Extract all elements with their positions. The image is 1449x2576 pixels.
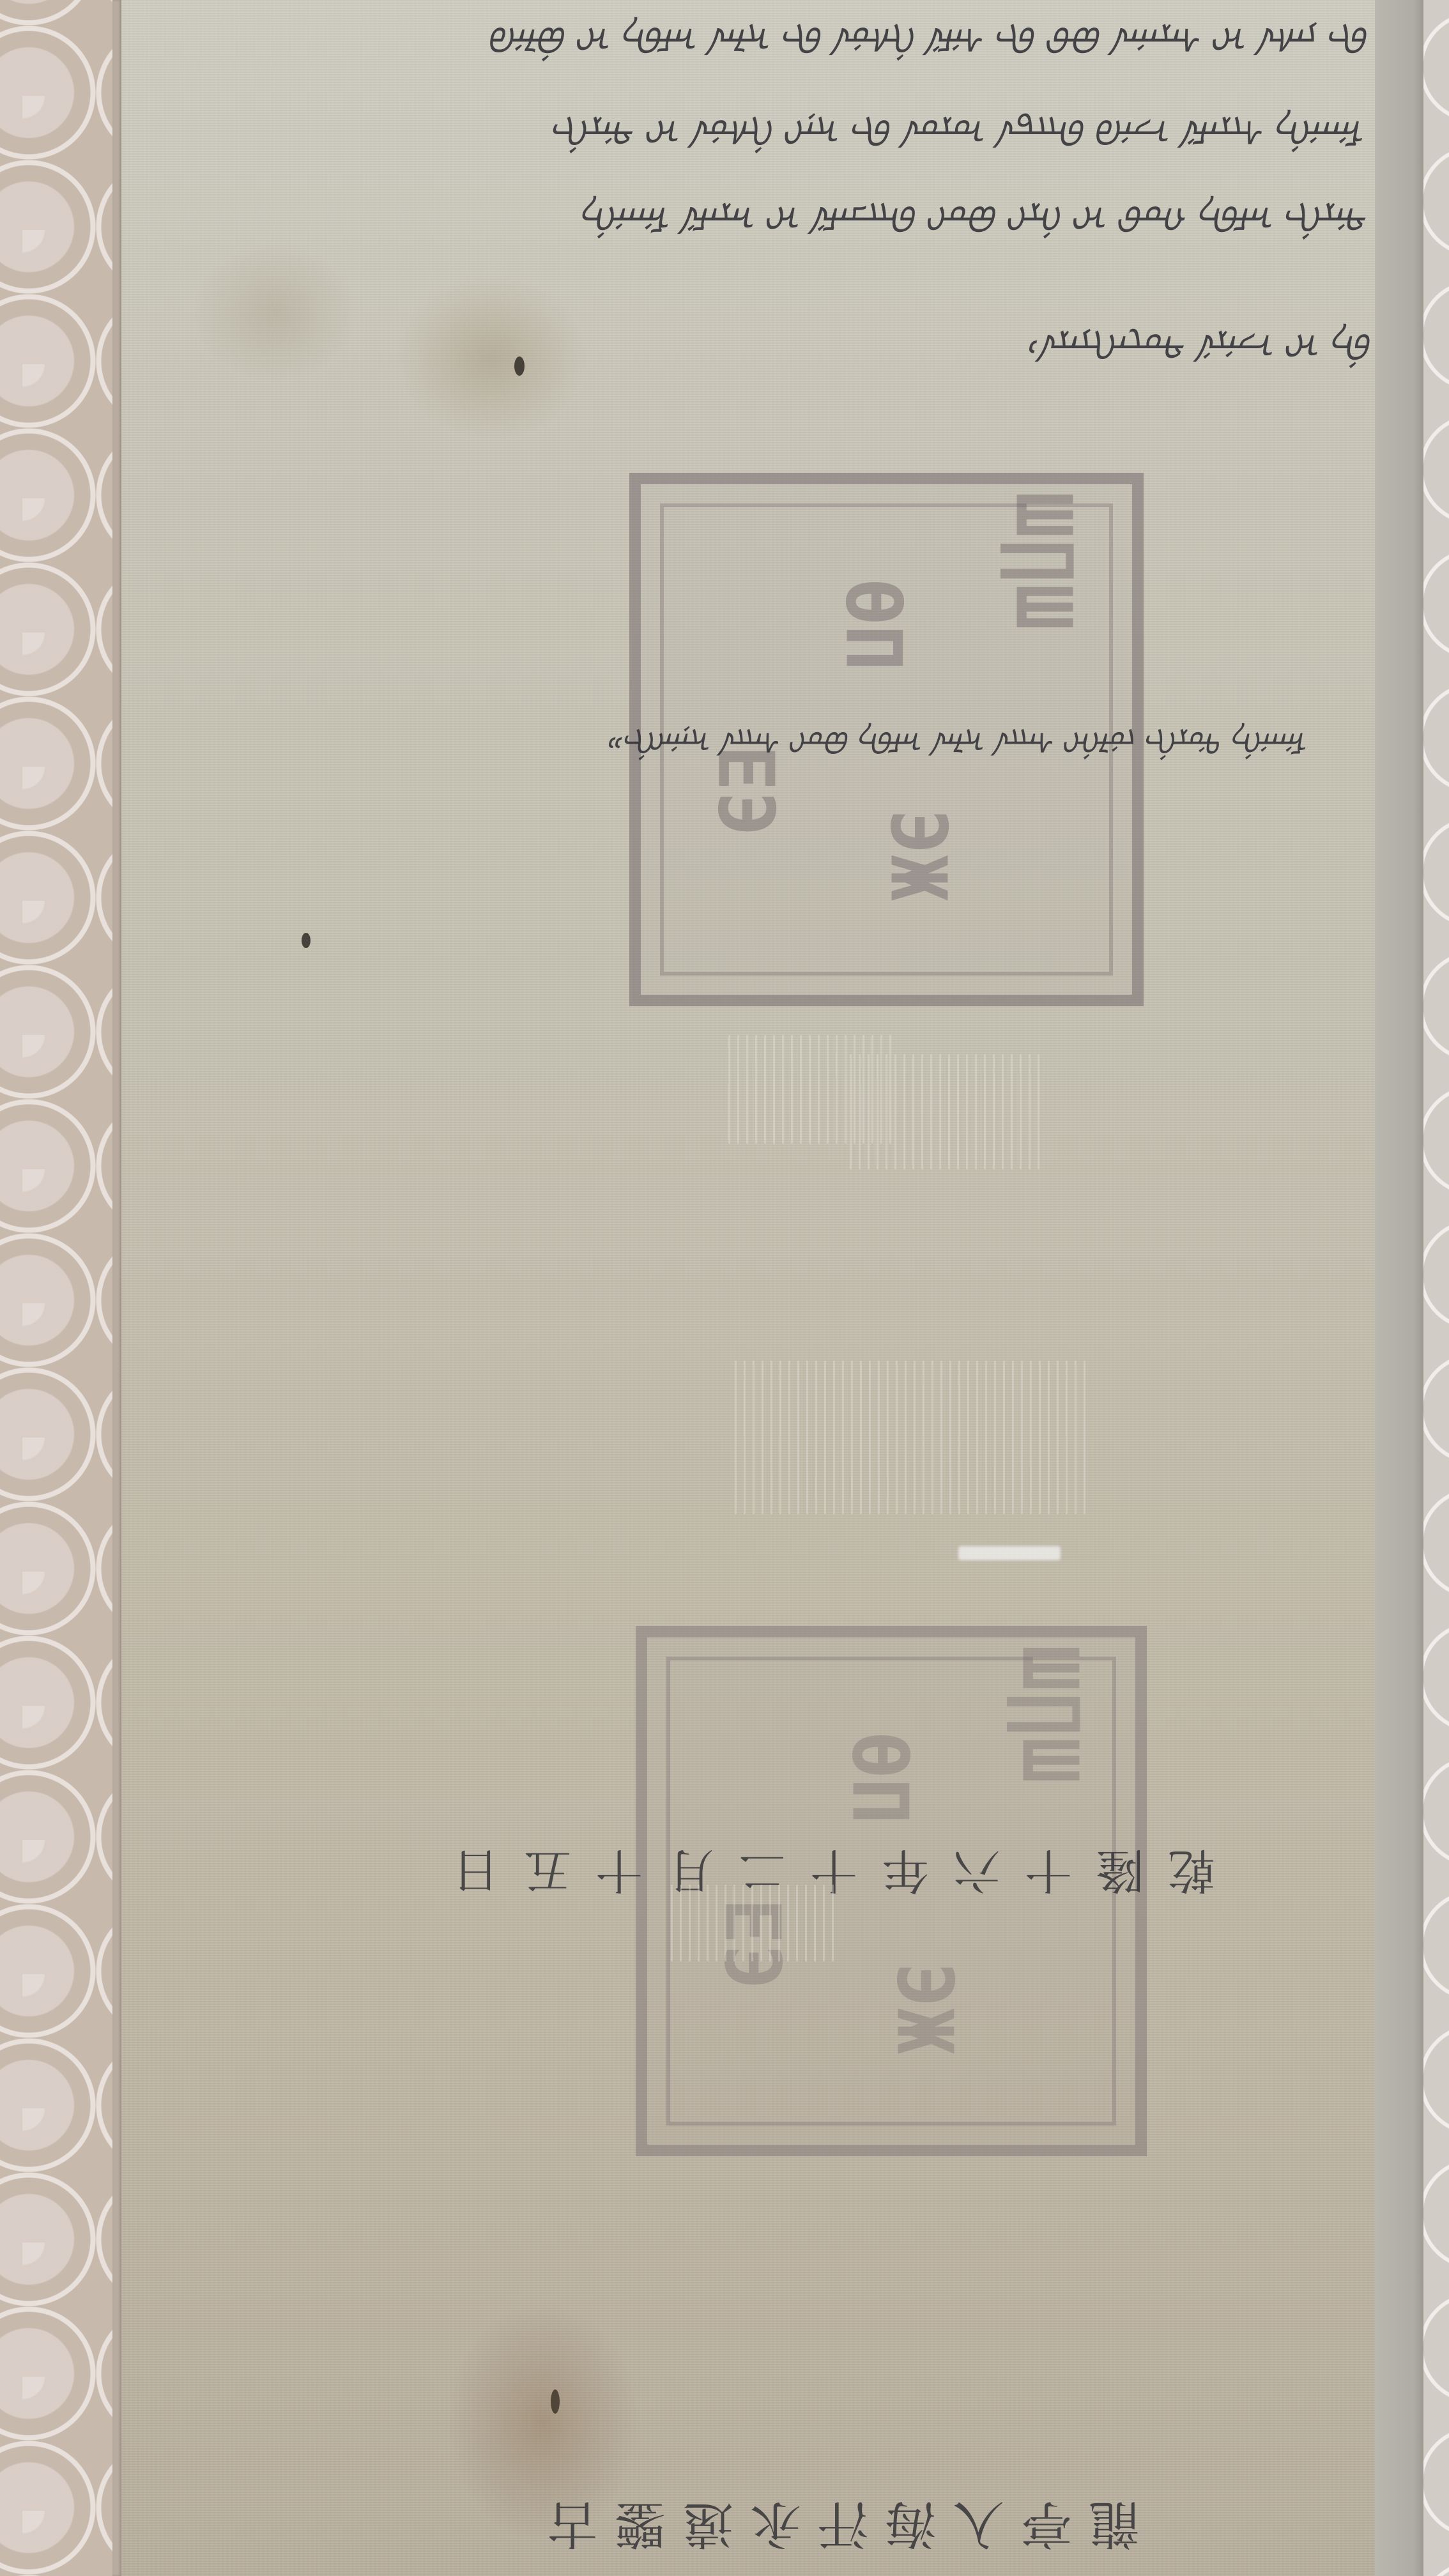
fabric-wear-2 (850, 1054, 1041, 1169)
lower-seal-glyph-4: ЭЖ (885, 1962, 962, 2055)
right-mount-strip (1375, 0, 1423, 2576)
manchu-seal-line: ᠮᡝᠨᡤᡤᡝ ᡩᠣᡵᡤᡳ ᠵᡠᠯᡤᡝᡳ ᠰᠠᡳᠨ ᡳᠯᠠᠨ ᠠᠮᠪᠠ ᠪᠣᠣᡳ … (367, 722, 1310, 773)
lower-seal-glyph-2: ӨП (840, 1732, 917, 1825)
manchu-line-1: ᠪᡳ ᠶᠠᠰᠠ ᡳ ᠰᠠᡵᡤᠠᠨ ᠪᠣᠣ ᠪᡳ ᠰᡝᠮᡝ ᡤᡳᠰᡠᠨ ᠪᡳ ᡳᠯ… (125, 16, 1370, 77)
left-brocade-border (0, 0, 120, 2576)
fabric-wear-4 (671, 1885, 837, 1961)
fabric-wear-3 (735, 1361, 1092, 1514)
left-border-seam (112, 0, 121, 2576)
lower-seal-glyph-1: Ш∏Ш (1010, 1645, 1087, 1784)
upper-seal-glyph-1: Ш∏Ш (1004, 492, 1080, 631)
silk-panel (121, 0, 1375, 2576)
chinese-closing-line: 龍亭入海汗永遠鑒古 (530, 2492, 1140, 2565)
manchu-line-4: ᠪᡝ ᡳ ᡝᠵᡝᡵᡝ ᡨᡠᠸᠠᡴᡳᠶᠠᡵᠠ᠈ (862, 323, 1374, 383)
upper-seal-glyph-4: ЭЖ (878, 809, 955, 901)
upper-seal-glyph-2: ӨП (834, 579, 910, 671)
manchu-line-3: ᡩᡝᡵᡤᡳ ᠠᠮᠪᠠ ᡴᠣᠣ ᡳ ᡤᡝᡵᡳ ᠪᠣᠣᡳ ᠪᠠᡳᠴᠠᠮᡝ ᡳ ᠠᡵᠠ… (125, 195, 1370, 256)
light-glare (958, 1546, 1061, 1560)
right-brocade-border (1423, 0, 1449, 2576)
manchu-line-2: ᠮᡝᠨᡤᡤᡝ ᠰᡳᡵᠠᠮᡝ ᡝᠵᡝᡴᡠ ᠪᠠᡳᡨᠠ ᠣᡵᠣᠨ ᠪᡳ ᡳᠨᡳ ᡤᡳ… (153, 109, 1367, 169)
